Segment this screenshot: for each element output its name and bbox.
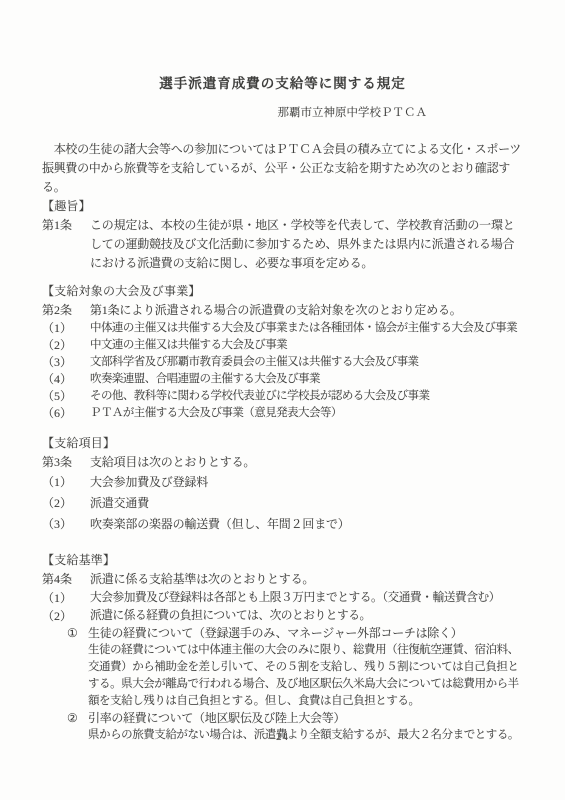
list-item-label: （3） [42,354,90,371]
sub-item: ②引率の経費について（地区駅伝及び陸上大会等） [42,710,523,727]
article-text: 派遣に係る支給基準は次のとおりとする。 [90,570,523,589]
list-item: （1）大会参加費及び登録料は各部とも上限３万円までとする。（交通費・輸送費含む） [42,589,523,607]
section-heading: 【支給項目】 [42,434,523,453]
list-item-label: （1） [42,320,90,337]
list-item-label: （1） [42,472,90,493]
sections-container: 【趣旨】第1条この規定は、本校の生徒が県・地区・学校等を代表して、学校教育活動の… [42,197,523,744]
section-heading: 【趣旨】 [42,197,523,216]
sub-item-label: ② [67,710,88,727]
list-item: （1）大会参加費及び登録料 [42,472,523,493]
document-title: 選手派遣育成費の支給等に関する規定 [42,74,523,94]
page-number: 24 [0,728,565,747]
section-heading: 【支給対象の大会及び事業】 [42,282,523,301]
article-label: 第4条 [42,570,90,589]
article-label: 第1条 [42,216,90,273]
list-item-label: （2） [42,493,90,514]
article-text: この規定は、本校の生徒が県・地区・学校等を代表して、学校教育活動の一環としての運… [90,216,523,273]
intro-paragraph: 本校の生徒の諸大会等への参加についてはＰＴＣＡ会員の積み立てによる文化・スポーツ… [42,140,523,197]
sub-item-text: 引率の経費について（地区駅伝及び陸上大会等） [88,710,523,727]
list-item-text: 吹奏楽連盟、合唱連盟の主催する大会及び事業 [90,371,523,388]
article: 第4条派遣に係る支給基準は次のとおりとする。 [42,570,523,589]
list-item-text: ＰＴＡが主催する大会及び事業（意見発表大会等） [90,405,523,422]
list-item-text: 派遣に係る経費の負担については、次のとおりとする。 [90,607,523,625]
sub-item-text: 生徒の経費について（登録選手のみ、マネージャー外部コーチは除く） [88,625,523,642]
article: 第1条この規定は、本校の生徒が県・地区・学校等を代表して、学校教育活動の一環とし… [42,216,523,273]
list-item: （3）文部科学省及び那覇市教育委員会の主催又は共催する大会及び事業 [42,354,523,371]
list-item-label: （6） [42,405,90,422]
list-item-label: （2） [42,337,90,354]
list-item: （2）派遣交通費 [42,493,523,514]
list-item: （2）派遣に係る経費の負担については、次のとおりとする。 [42,607,523,625]
list-item-text: 中体連の主催又は共催する大会及び事業または各種団体・協会が主催する大会及び事業 [90,320,523,337]
section: 【支給項目】第3条支給項目は次のとおりとする。（1）大会参加費及び登録料（2）派… [42,434,523,535]
list-item-label: （3） [42,514,90,535]
section: 【支給基準】第4条派遣に係る支給基準は次のとおりとする。（1）大会参加費及び登録… [42,551,523,744]
list-item-label: （2） [42,607,90,625]
article: 第3条支給項目は次のとおりとする。 [42,453,523,472]
list-item-text: 中文連の主催又は共催する大会及び事業 [90,337,523,354]
list-item: （4）吹奏楽連盟、合唱連盟の主催する大会及び事業 [42,371,523,388]
article-text: 第1条により派遣される場合の派遣費の支給対象を次のとおり定める。 [90,301,523,320]
section: 【趣旨】第1条この規定は、本校の生徒が県・地区・学校等を代表して、学校教育活動の… [42,197,523,273]
document-author: 那覇市立神原中学校ＰＴＣＡ [42,104,523,123]
list-item-text: 文部科学省及び那覇市教育委員会の主催又は共催する大会及び事業 [90,354,523,371]
scanned-document-page: 選手派遣育成費の支給等に関する規定 那覇市立神原中学校ＰＴＣＡ 本校の生徒の諸大… [0,0,565,800]
list-item-text: 大会参加費及び登録料 [90,472,523,493]
list-item-text: その他、教科等に関わる学校代表並びに学校長が認める大会及び事業 [90,388,523,405]
list-item: （1）中体連の主催又は共催する大会及び事業または各種団体・協会が主催する大会及び… [42,320,523,337]
list-item-label: （1） [42,589,90,607]
article-label: 第2条 [42,301,90,320]
list-item: （6）ＰＴＡが主催する大会及び事業（意見発表大会等） [42,405,523,422]
list-item-text: 大会参加費及び登録料は各部とも上限３万円までとする。（交通費・輸送費含む） [90,589,523,607]
list-item: （3）吹奏楽部の楽器の輸送費（但し、年間２回まで） [42,514,523,535]
section: 【支給対象の大会及び事業】第2条第1条により派遣される場合の派遣費の支給対象を次… [42,282,523,422]
article-label: 第3条 [42,453,90,472]
sub-item: ①生徒の経費について（登録選手のみ、マネージャー外部コーチは除く） [42,625,523,642]
article-text: 支給項目は次のとおりとする。 [90,453,523,472]
list-item-text: 吹奏楽部の楽器の輸送費（但し、年間２回まで） [90,514,523,535]
list-item-text: 派遣交通費 [90,493,523,514]
sub-item-body: 生徒の経費については中体連主催の大会のみに限り、総費用（往復航空運賃、宿泊料、交… [88,642,523,710]
list-item-label: （4） [42,371,90,388]
section-heading: 【支給基準】 [42,551,523,570]
list-item-label: （5） [42,388,90,405]
list-item: （5）その他、教科等に関わる学校代表並びに学校長が認める大会及び事業 [42,388,523,405]
list-item: （2）中文連の主催又は共催する大会及び事業 [42,337,523,354]
article: 第2条第1条により派遣される場合の派遣費の支給対象を次のとおり定める。 [42,301,523,320]
sub-item-label: ① [67,625,88,642]
